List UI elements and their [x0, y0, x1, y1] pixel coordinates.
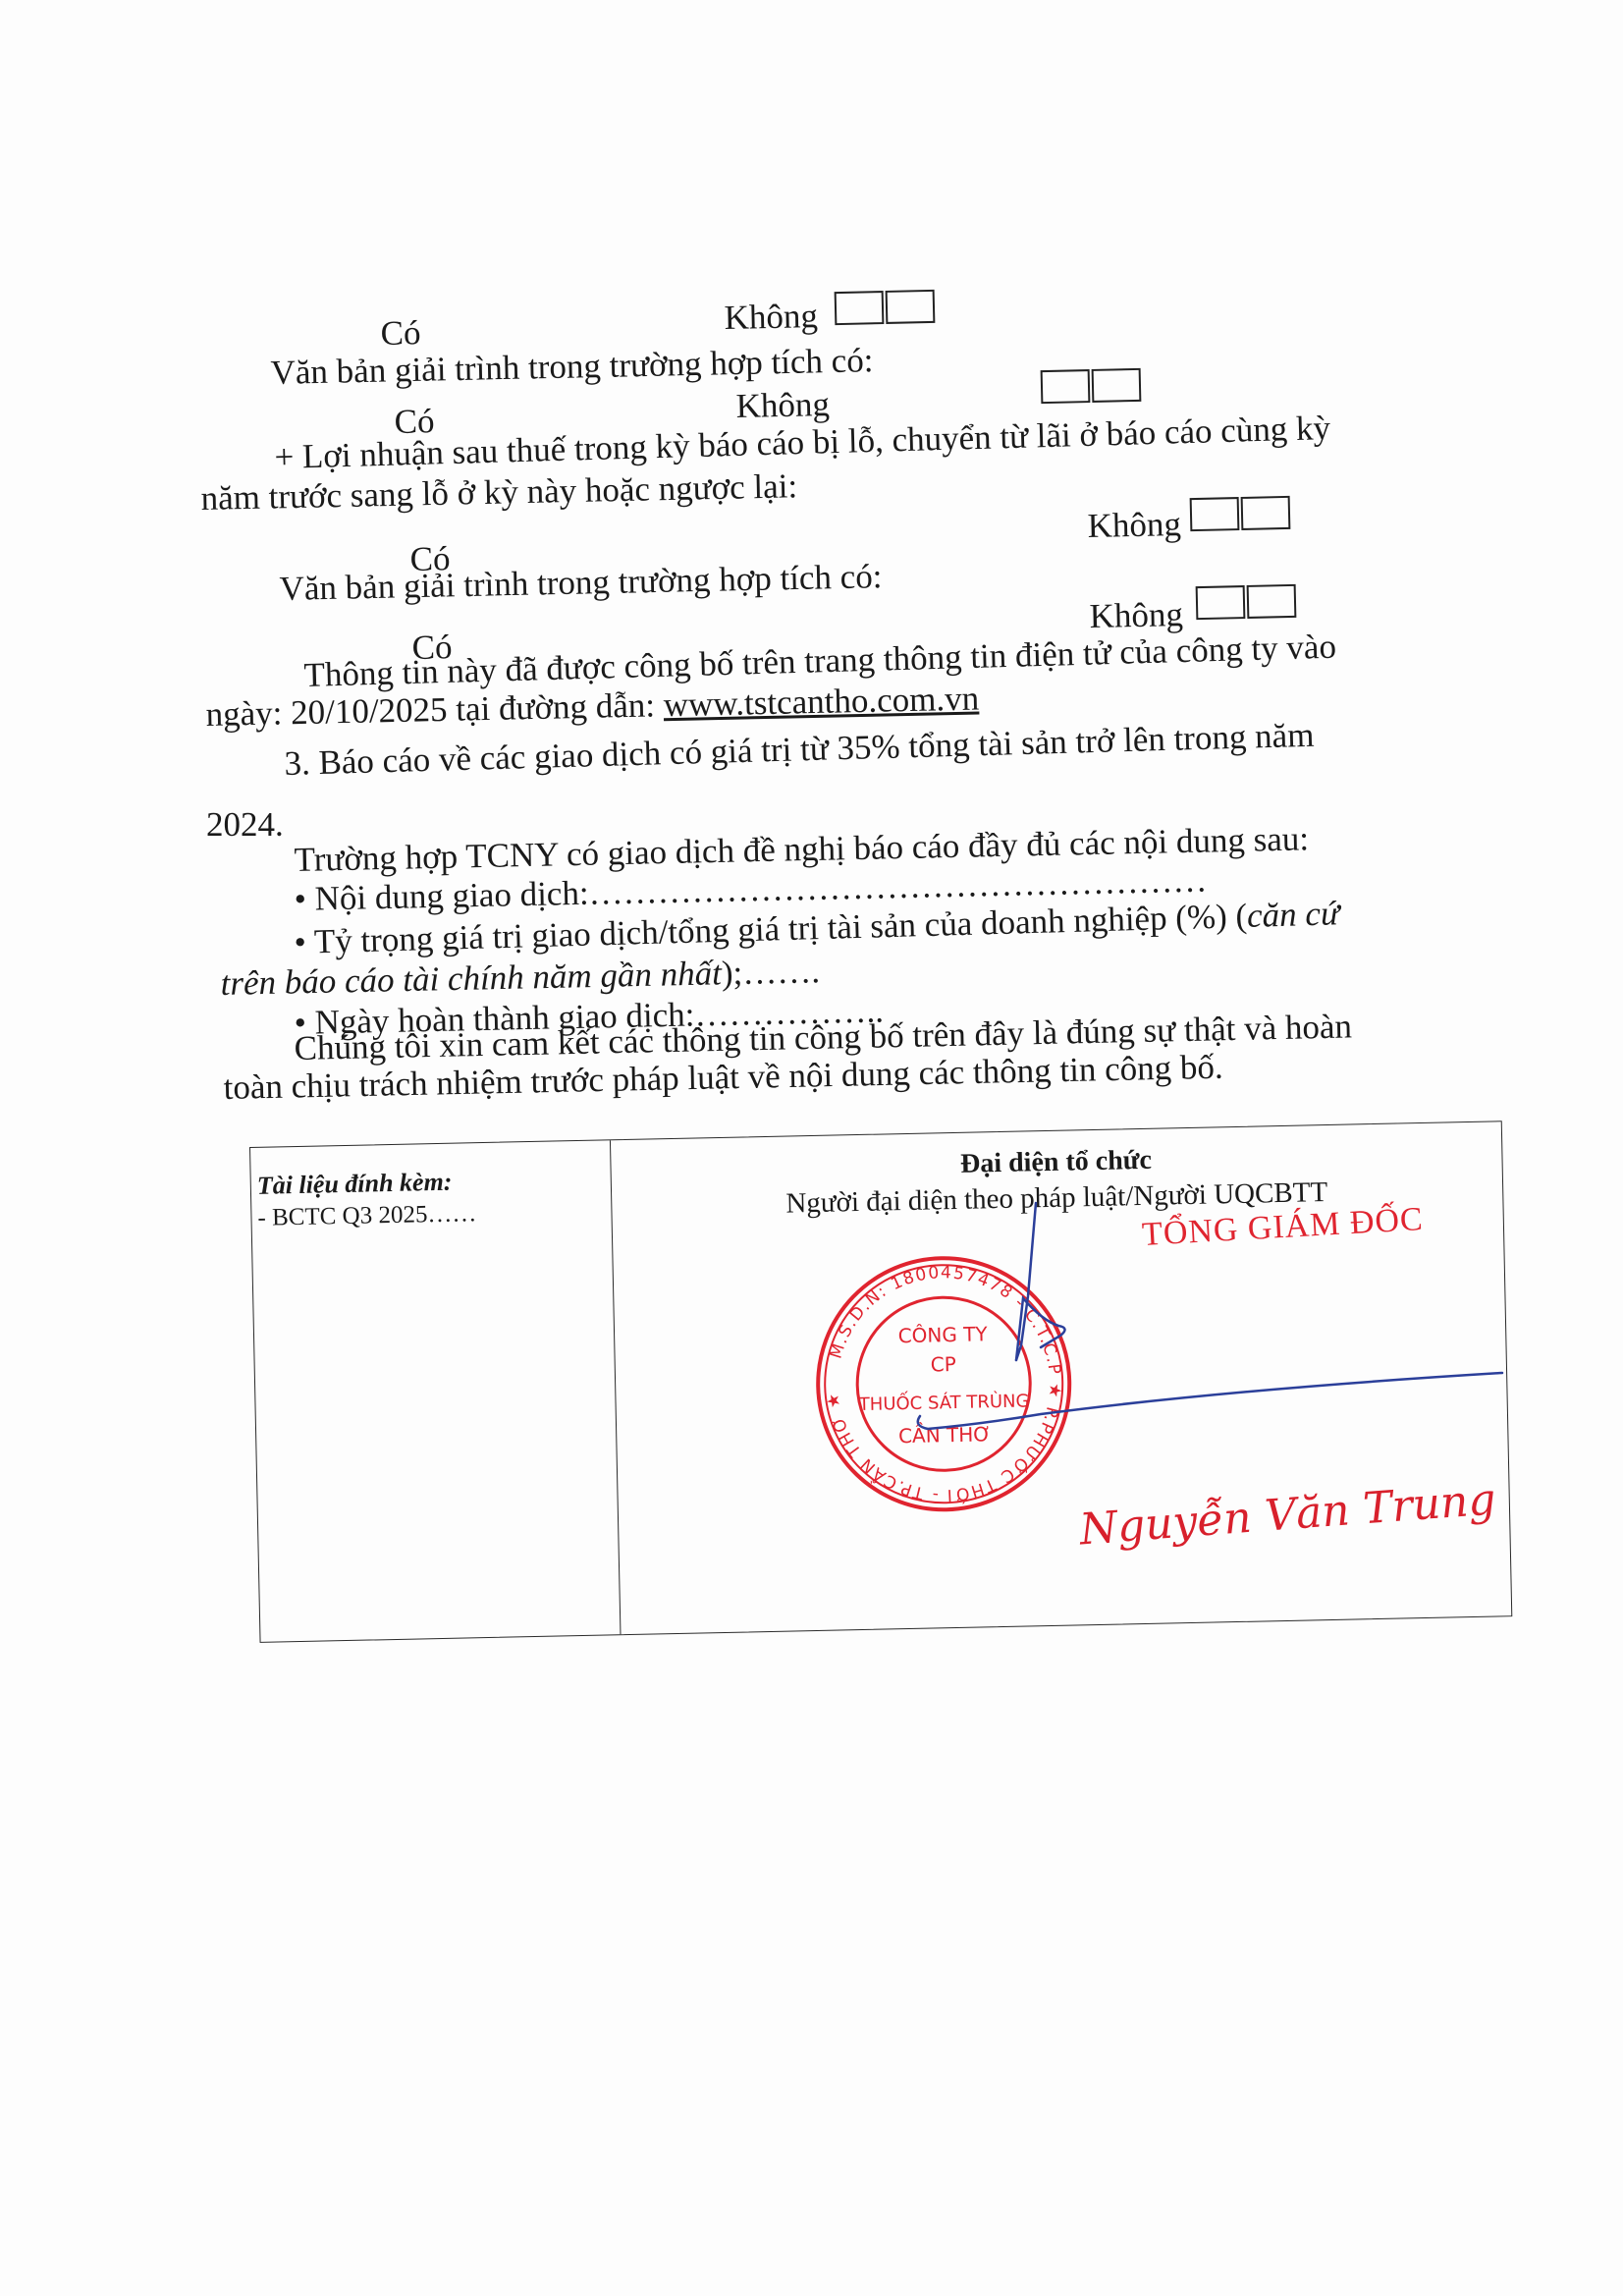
- checkbox-yes[interactable]: [1190, 497, 1240, 531]
- document-page: Có Không Văn bản giải trình trong trường…: [0, 0, 1623, 2296]
- option-no-label: Không: [1089, 597, 1183, 633]
- explanation-label: Văn bản giải trình trong trường hợp tích…: [279, 559, 883, 606]
- signer-name: Nguyễn Văn Trung: [1078, 1474, 1497, 1555]
- checkbox-yes[interactable]: [835, 291, 885, 325]
- checkbox-pair[interactable]: [835, 290, 936, 325]
- checkbox-yes[interactable]: [1041, 369, 1091, 404]
- option-no-label: Không: [735, 387, 830, 423]
- ratio-italic-text: căn cứ: [1247, 894, 1340, 935]
- section-3-year: 2024.: [206, 807, 284, 842]
- attachment-item: - BCTC Q3 2025……: [257, 1200, 476, 1232]
- seal-line-3: THUỐC SÁT TRÙNG: [858, 1388, 1030, 1415]
- seal-line-1: CÔNG TY: [897, 1322, 988, 1347]
- attachments-title: Tài liệu đính kèm:: [257, 1168, 453, 1201]
- signature-table: Tài liệu đính kèm: - BCTC Q3 2025…… Đại …: [249, 1121, 1512, 1643]
- checkbox-no[interactable]: [886, 290, 936, 324]
- attachments-cell: Tài liệu đính kèm: - BCTC Q3 2025……: [250, 1140, 621, 1642]
- checkbox-pair[interactable]: [1196, 584, 1297, 620]
- checkbox-no[interactable]: [1092, 368, 1142, 403]
- checkbox-no[interactable]: [1241, 496, 1291, 530]
- seal-line-4: CẦN THƠ: [898, 1421, 992, 1448]
- option-no-label: Không: [724, 299, 818, 335]
- explanation-label: Văn bản giải trình trong trường hợp tích…: [270, 343, 874, 390]
- checkbox-pair[interactable]: [1190, 496, 1291, 531]
- seal-line-2: CP: [931, 1352, 957, 1377]
- company-seal-icon: M.S.D.N: 1800457478 - C.T.C.P ★ P.PHƯỚC …: [808, 1248, 1079, 1519]
- checkbox-no[interactable]: [1247, 584, 1297, 619]
- representative-cell: Đại diện tổ chức Người đại diện theo phá…: [610, 1121, 1511, 1634]
- ratio-blank: );…….: [721, 952, 820, 992]
- option-no-label: Không: [1087, 507, 1181, 543]
- publication-date: ngày: 20/10/2025 tại đường dẫn:: [205, 685, 664, 734]
- checkbox-yes[interactable]: [1196, 585, 1246, 620]
- option-yes-label: Có: [380, 315, 421, 351]
- checkbox-pair[interactable]: [1041, 368, 1142, 404]
- website-link[interactable]: www.tstcantho.com.vn: [663, 680, 979, 725]
